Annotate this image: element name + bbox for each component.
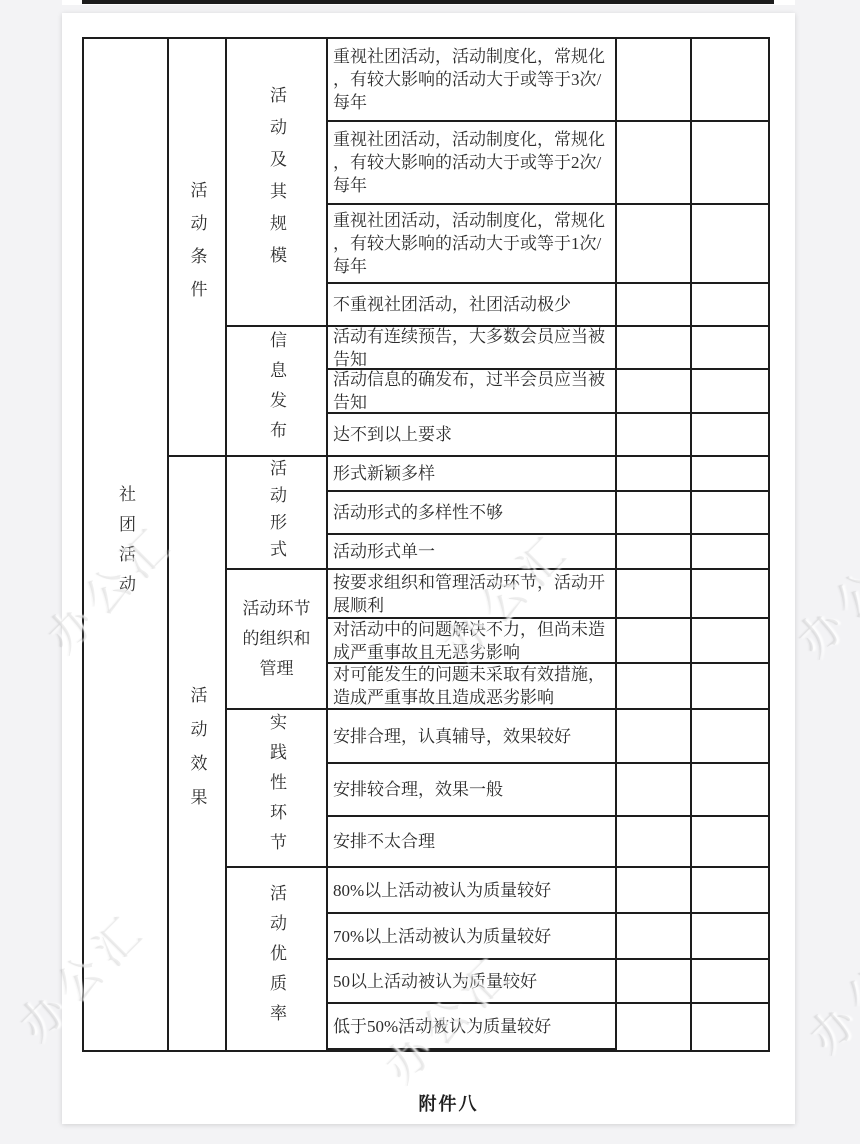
score-cell <box>692 570 768 619</box>
document-page: 社团活动 活动条件 活动效果 活动及其规模 信息发布 活动形式 活动环节 的组织… <box>62 13 795 1124</box>
score-cell <box>692 370 768 414</box>
score-cell <box>617 710 692 764</box>
score-cell <box>617 327 692 370</box>
evaluation-rubric-table: 社团活动 活动条件 活动效果 活动及其规模 信息发布 活动形式 活动环节 的组织… <box>82 37 770 1052</box>
criteria-cell: 50以上活动被认为质量较好 <box>328 960 617 1004</box>
watermark-text: 办公汇 <box>791 1019 836 1064</box>
score-cell <box>692 205 768 284</box>
group-label-activity-conditions: 活动条件 <box>189 181 206 313</box>
score-cell <box>617 370 692 414</box>
criteria-cell: 不重视社团活动，社团活动极少 <box>328 284 617 327</box>
score-cell <box>692 764 768 817</box>
criteria-cell: 活动有连续预告，大多数会员应当被告知 <box>328 327 617 370</box>
criteria-cell: 安排不太合理 <box>328 817 617 868</box>
criteria-cell: 对可能发生的问题未采取有效措施，造成严重事故且造成恶劣影响 <box>328 664 617 710</box>
criteria-cell: 重视社团活动，活动制度化，常规化，有较大影响的活动大于或等于3次/每年 <box>328 39 617 122</box>
score-cell <box>617 817 692 868</box>
criteria-cell: 重视社团活动，活动制度化，常规化，有较大影响的活动大于或等于1次/每年 <box>328 205 617 284</box>
score-cell <box>617 457 692 492</box>
score-cell <box>617 414 692 457</box>
score-cell <box>692 960 768 1004</box>
group-label-activity-effects: 活动效果 <box>189 686 206 822</box>
criteria-cell: 活动信息的确发布，过半会员应当被告知 <box>328 370 617 414</box>
section-cell-activities-and-scale: 活动及其规模 <box>227 39 328 327</box>
criteria-cell: 80%以上活动被认为质量较好 <box>328 868 617 914</box>
score-cell <box>692 914 768 960</box>
criteria-cell: 达不到以上要求 <box>328 414 617 457</box>
root-category-label: 社团活动 <box>117 485 134 605</box>
attachment-label: 附件八 <box>82 1090 815 1116</box>
group-cell-activity-effects: 活动效果 <box>169 457 227 1050</box>
criteria-cell: 形式新颖多样 <box>328 457 617 492</box>
criteria-cell: 安排较合理，效果一般 <box>328 764 617 817</box>
criteria-cell: 对活动中的问题解决不力，但尚未造成严重事故且无恶劣影响 <box>328 619 617 664</box>
section-cell-organization-management: 活动环节 的组织和 管理 <box>227 570 328 710</box>
score-cell <box>617 284 692 327</box>
score-cell <box>692 122 768 205</box>
score-cell <box>617 570 692 619</box>
score-cell <box>617 492 692 535</box>
group-cell-activity-conditions: 活动条件 <box>169 39 227 457</box>
score-cell <box>692 284 768 327</box>
criteria-cell: 重视社团活动，活动制度化，常规化，有较大影响的活动大于或等于2次/每年 <box>328 122 617 205</box>
score-cell <box>692 414 768 457</box>
score-cell <box>617 205 692 284</box>
document-canvas: 社团活动 活动条件 活动效果 活动及其规模 信息发布 活动形式 活动环节 的组织… <box>0 0 860 1144</box>
score-cell <box>617 764 692 817</box>
criteria-cell: 低于50%活动被认为质量较好 <box>328 1004 617 1050</box>
score-cell <box>692 710 768 764</box>
section-cell-practical-links: 实践性环节 <box>227 710 328 868</box>
section-label-organization-management: 活动环节 的组织和 管理 <box>243 594 311 684</box>
criteria-cell: 安排合理，认真辅导，效果较好 <box>328 710 617 764</box>
criteria-cell: 70%以上活动被认为质量较好 <box>328 914 617 960</box>
criteria-cell: 活动形式单一 <box>328 535 617 570</box>
score-cell <box>692 817 768 868</box>
score-cell <box>617 619 692 664</box>
score-cell <box>617 535 692 570</box>
criteria-cell: 活动形式的多样性不够 <box>328 492 617 535</box>
score-cell <box>692 492 768 535</box>
score-cell <box>617 122 692 205</box>
section-label-information-release: 信息发布 <box>268 331 285 451</box>
section-cell-activity-form: 活动形式 <box>227 457 328 570</box>
section-label-activity-form: 活动形式 <box>268 459 285 567</box>
section-label-practical-links: 实践性环节 <box>268 713 285 863</box>
score-cell <box>692 868 768 914</box>
score-cell <box>617 960 692 1004</box>
score-cell <box>692 619 768 664</box>
section-cell-activity-quality-rate: 活动优质率 <box>227 868 328 1050</box>
score-cell <box>692 457 768 492</box>
score-cell <box>617 1004 692 1050</box>
criteria-cell: 按要求组织和管理活动环节，活动开展顺利 <box>328 570 617 619</box>
score-cell <box>617 664 692 710</box>
score-cell <box>692 664 768 710</box>
section-label-activity-quality-rate: 活动优质率 <box>268 884 285 1034</box>
score-cell <box>617 914 692 960</box>
score-cell <box>692 327 768 370</box>
watermark-text: 办公汇 <box>1 1007 46 1052</box>
root-category-cell: 社团活动 <box>84 39 169 1050</box>
section-label-activities-and-scale: 活动及其规模 <box>268 86 285 278</box>
score-cell <box>692 535 768 570</box>
score-cell <box>692 1004 768 1050</box>
score-cell <box>692 39 768 122</box>
previous-page-table-line <box>82 0 774 4</box>
section-cell-information-release: 信息发布 <box>227 327 328 457</box>
score-cell <box>617 868 692 914</box>
score-cell <box>617 39 692 122</box>
